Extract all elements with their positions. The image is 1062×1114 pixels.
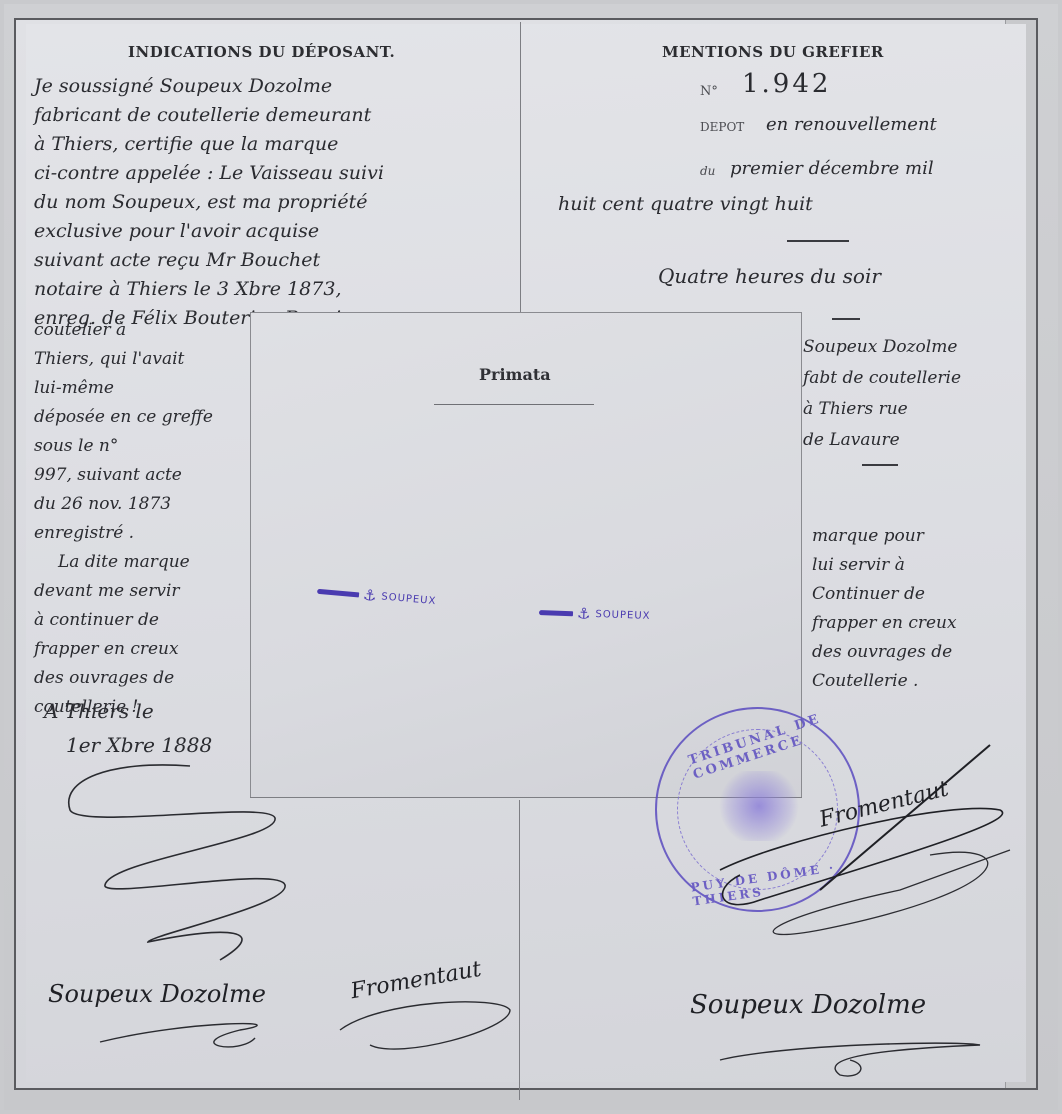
date-line-2: huit cent quatre vingt huit xyxy=(558,190,813,219)
date-line-1: premier décembre mil xyxy=(730,154,934,183)
declaration-line: fabricant de coutellerie demeurant xyxy=(34,101,384,130)
declaration-line: devant me servir xyxy=(34,577,213,606)
declaration-line: enregistré . xyxy=(34,519,213,548)
separator-dash xyxy=(862,464,898,466)
left-column-header: INDICATIONS DU DÉPOSANT. xyxy=(128,43,395,61)
identity-line: de Lavaure xyxy=(803,425,961,456)
declaration-line: sous le n° xyxy=(34,432,213,461)
trademark-stamp: ⚓ SOUPEUX xyxy=(539,603,651,625)
separator-dash xyxy=(832,318,860,320)
knife-icon xyxy=(317,588,359,597)
title-rule xyxy=(434,404,594,405)
signature-underline-icon xyxy=(40,990,520,1060)
purpose-line: marque pour xyxy=(812,522,957,551)
identity-line: Soupeux Dozolme xyxy=(803,332,961,363)
ship-icon: ⚓ xyxy=(577,604,592,622)
deposit-time: Quatre heures du soir xyxy=(658,262,881,291)
identity-line: fabt de coutellerie xyxy=(803,363,961,394)
date: 1er Xbre 1888 xyxy=(44,728,212,762)
stamp-text: SOUPEUX xyxy=(595,609,650,622)
depositor-declaration: Je soussigné Soupeux Dozolme fabricant d… xyxy=(34,72,384,333)
place-and-date: A Thiers le 1er Xbre 1888 xyxy=(44,694,212,762)
declaration-line: Thiers, qui l'avait xyxy=(34,345,213,374)
declaration-line: du 26 nov. 1873 xyxy=(34,490,213,519)
declaration-line: suivant acte reçu Mr Bouchet xyxy=(34,246,384,275)
depot-value: en renouvellement xyxy=(766,110,937,139)
depot-label: DEPOT xyxy=(700,120,744,134)
declaration-line: Je soussigné Soupeux Dozolme xyxy=(34,72,384,101)
declaration-line: ci-contre appelée : Le Vaisseau suivi xyxy=(34,159,384,188)
signature-underline-icon xyxy=(700,1020,1000,1080)
trademark-purpose: marque pour lui servir à Continuer de fr… xyxy=(812,522,957,696)
declaration-line: exclusive pour l'avoir acquise xyxy=(34,217,384,246)
declaration-line: notaire à Thiers le 3 Xbre 1873, xyxy=(34,275,384,304)
declaration-line: frapper en creux xyxy=(34,635,213,664)
signature-flourish-icon xyxy=(700,740,1020,940)
declaration-line: des ouvrages de xyxy=(34,664,213,693)
right-column-header: MENTIONS DU GREFIER xyxy=(662,43,884,61)
declaration-line: du nom Soupeux, est ma propriété xyxy=(34,188,384,217)
purpose-line: lui servir à xyxy=(812,551,957,580)
stamp-text: SOUPEUX xyxy=(381,591,437,607)
declaration-line: à Thiers, certifie que la marque xyxy=(34,130,384,159)
declaration-line: La dite marque xyxy=(34,548,213,577)
declaration-line: à continuer de xyxy=(34,606,213,635)
place: A Thiers le xyxy=(44,694,212,728)
declaration-line: coutelier à xyxy=(34,316,213,345)
trademark-stamp: ⚓ SOUPEUX xyxy=(316,582,437,610)
knife-icon xyxy=(539,610,573,616)
signature-flourish-icon xyxy=(30,760,310,980)
purpose-line: des ouvrages de xyxy=(812,638,957,667)
registration-number: 1.942 xyxy=(742,70,831,99)
purpose-line: Coutellerie . xyxy=(812,667,957,696)
depositor-signature-right: Soupeux Dozolme xyxy=(690,990,926,1020)
depositor-identity: Soupeux Dozolme fabt de coutellerie à Th… xyxy=(803,332,961,456)
purpose-line: Continuer de xyxy=(812,580,957,609)
declaration-line: déposée en ce greffe xyxy=(34,403,213,432)
trademark-box-title: Primata xyxy=(479,365,551,384)
declaration-line: lui-même xyxy=(34,374,213,403)
left-flourish xyxy=(30,760,310,980)
number-label: N° xyxy=(700,84,718,99)
purpose-line: frapper en creux xyxy=(812,609,957,638)
declaration-line: 997, suivant acte xyxy=(34,461,213,490)
depositor-declaration-continued: coutelier à Thiers, qui l'avait lui-même… xyxy=(34,316,213,722)
ship-icon: ⚓ xyxy=(362,586,378,605)
identity-line: à Thiers rue xyxy=(803,394,961,425)
date-underline xyxy=(787,240,849,242)
date-label: du xyxy=(700,164,715,178)
greffier-signature: Fromentaut xyxy=(700,740,1020,940)
column-divider xyxy=(520,22,521,312)
